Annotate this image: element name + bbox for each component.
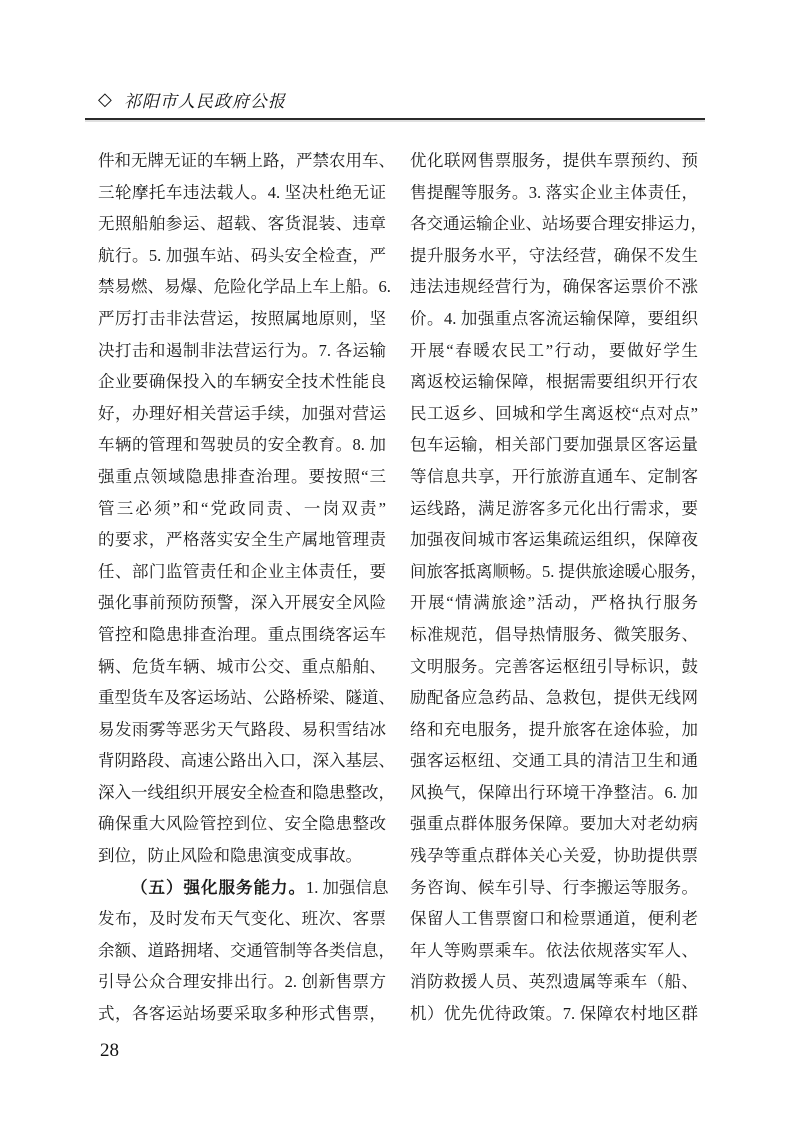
diamond-icon: ◇ <box>98 89 112 110</box>
text-line: 辆、危货车辆、城市公交、重点船舶、 <box>98 651 386 683</box>
text-line: 好，办理好相关营运手续，加强对营运 <box>98 398 386 430</box>
text-line: 管三必须”和“党政同责、一岗双责” <box>98 493 386 525</box>
text-line: 强重点领域隐患排查治理。要按照“三 <box>98 461 386 493</box>
text-line: 企业要确保投入的车辆安全技术性能良 <box>98 366 386 398</box>
text-line: 重型货车及客运场站、公路桥梁、隧道、 <box>98 682 386 714</box>
text-line: 各交通运输企业、站场要合理安排运力， <box>410 208 698 240</box>
header-rule <box>85 118 705 120</box>
text-line: 发布，及时发布天气变化、班次、客票 <box>98 903 386 935</box>
text-line: 包车运输，相关部门要加强景区客运量 <box>410 429 698 461</box>
text-line: 三轮摩托车违法载人。4. 坚决杜绝无证 <box>98 177 386 209</box>
text-line: 无照船舶参运、超载、客货混装、违章 <box>98 208 386 240</box>
text-line: 等信息共享，开行旅游直通车、定制客 <box>410 461 698 493</box>
text-line: 务咨询、候车引导、行李搬运等服务。 <box>410 872 698 904</box>
text-line: 决打击和遏制非法营运行为。7. 各运输 <box>98 335 386 367</box>
page-header: ◇ 祁阳市人民政府公报 <box>98 86 286 112</box>
text-line: 开展“春暖农民工”行动，要做好学生 <box>410 335 698 367</box>
text-line: 励配备应急药品、急救包，提供无线网 <box>410 682 698 714</box>
text-line: 禁易燃、易爆、危险化学品上车上船。6. <box>98 271 386 303</box>
text-line: 违法违规经营行为，确保客运票价不涨 <box>410 271 698 303</box>
text-line: 管控和隐患排查治理。重点围绕客运车 <box>98 619 386 651</box>
text-line: 强化事前预防预警，深入开展安全风险 <box>98 587 386 619</box>
text-line: 售提醒等服务。3. 落实企业主体责任， <box>410 177 698 209</box>
text-line: 离返校运输保障，根据需要组织开行农 <box>410 366 698 398</box>
section-heading: （五）强化服务能力。 <box>131 878 306 897</box>
text-line: 标准规范，倡导热情服务、微笑服务、 <box>410 619 698 651</box>
text-line: 的要求，严格落实安全生产属地管理责 <box>98 524 386 556</box>
text-line: （五）强化服务能力。1. 加强信息 <box>98 872 386 904</box>
page-number: 28 <box>100 1040 119 1062</box>
text-line: 背阴路段、高速公路出入口，深入基层、 <box>98 745 386 777</box>
text-line: 确保重大风险管控到位、安全隐患整改 <box>98 808 386 840</box>
text-line: 强重点群体服务保障。要加大对老幼病 <box>410 808 698 840</box>
text-line: 开展“情满旅途”活动，严格执行服务 <box>410 587 698 619</box>
text-line: 络和充电服务，提升旅客在途体验，加 <box>410 714 698 746</box>
body-columns: 件和无牌无证的车辆上路，严禁农用车、三轮摩托车违法载人。4. 坚决杜绝无证无照船… <box>98 145 698 1030</box>
text-line: 间旅客抵离顺畅。5. 提供旅途暖心服务， <box>410 556 698 588</box>
text-line: 余额、道路拥堵、交通管制等各类信息， <box>98 935 386 967</box>
gazette-title: 祁阳市人民政府公报 <box>124 87 286 112</box>
text-line: 文明服务。完善客运枢纽引导标识，鼓 <box>410 651 698 683</box>
text-line: 残孕等重点群体关心关爱，协助提供票 <box>410 840 698 872</box>
text-line: 到位，防止风险和隐患演变成事故。 <box>98 840 386 872</box>
text-line: 价。4. 加强重点客流运输保障，要组织 <box>410 303 698 335</box>
text-line: 严厉打击非法营运，按照属地原则，坚 <box>98 303 386 335</box>
text-segment: 1. 加强信息 <box>306 878 389 897</box>
text-line: 式，各客运站场要采取多种形式售票， <box>98 998 386 1030</box>
text-line: 强客运枢纽、交通工具的清洁卫生和通 <box>410 745 698 777</box>
text-line: 风换气，保障出行环境干净整洁。6. 加 <box>410 777 698 809</box>
text-line: 保留人工售票窗口和检票通道，便利老 <box>410 903 698 935</box>
text-line: 车辆的管理和驾驶员的安全教育。8. 加 <box>98 429 386 461</box>
text-line: 机）优先优待政策。7. 保障农村地区群 <box>410 998 698 1030</box>
text-line: 引导公众合理安排出行。2. 创新售票方 <box>98 966 386 998</box>
text-line: 深入一线组织开展安全检查和隐患整改， <box>98 777 386 809</box>
text-line: 年人等购票乘车。依法依规落实军人、 <box>410 935 698 967</box>
text-line: 优化联网售票服务，提供车票预约、预 <box>410 145 698 177</box>
text-line: 消防救援人员、英烈遗属等乘车（船、 <box>410 966 698 998</box>
text-line: 易发雨雾等恶劣天气路段、易积雪结冰 <box>98 714 386 746</box>
left-column: 件和无牌无证的车辆上路，严禁农用车、三轮摩托车违法载人。4. 坚决杜绝无证无照船… <box>98 145 386 1030</box>
text-line: 提升服务水平，守法经营，确保不发生 <box>410 240 698 272</box>
text-line: 件和无牌无证的车辆上路，严禁农用车、 <box>98 145 386 177</box>
right-column: 优化联网售票服务，提供车票预约、预售提醒等服务。3. 落实企业主体责任，各交通运… <box>410 145 698 1030</box>
text-line: 运线路，满足游客多元化出行需求，要 <box>410 493 698 525</box>
gazette-page: ◇ 祁阳市人民政府公报 件和无牌无证的车辆上路，严禁农用车、三轮摩托车违法载人。… <box>0 0 793 1122</box>
text-line: 民工返乡、回城和学生离返校“点对点” <box>410 398 698 430</box>
text-line: 航行。5. 加强车站、码头安全检查，严 <box>98 240 386 272</box>
text-line: 任、部门监管责任和企业主体责任，要 <box>98 556 386 588</box>
text-line: 加强夜间城市客运集疏运组织，保障夜 <box>410 524 698 556</box>
